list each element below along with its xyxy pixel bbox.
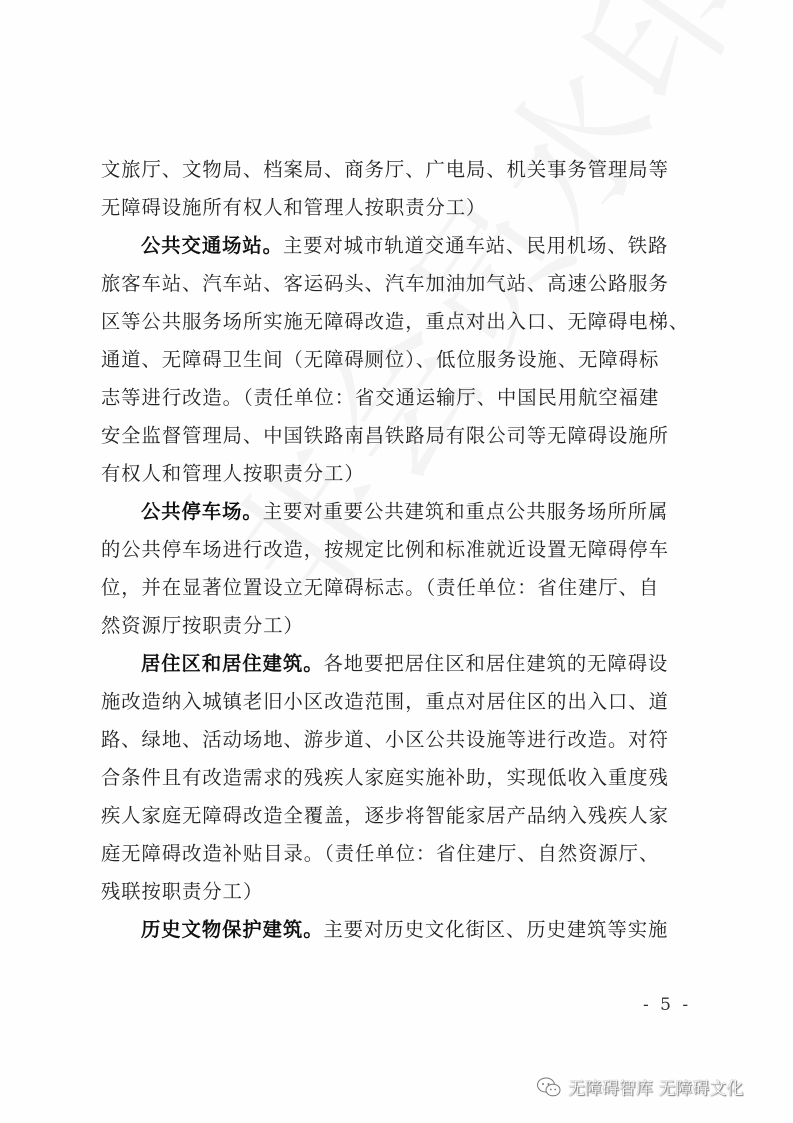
line-text: 区等公共服务场所实施无障碍改造，重点对出入口、无障碍电梯、 (101, 310, 689, 333)
line-text: 通道、无障碍卫生间（无障碍厕位）、低位服务设施、无障碍标 (101, 348, 659, 371)
text-line: 疾人家庭无障碍改造全覆盖，逐步将智能家居产品纳入残疾人家 (101, 797, 701, 835)
text-line: 庭无障碍改造补贴目录。（责任单位：省住建厅、自然资源厅、 (101, 835, 701, 873)
text-line: 有权人和管理人按职责分工） (101, 455, 701, 493)
section-title-residential: 居住区和居住建筑。 (141, 652, 324, 675)
text-line: 路、绿地、活动场地、游步道、小区公共设施等进行改造。对符 (101, 721, 701, 759)
text-line: 文旅厅、文物局、档案局、商务厅、广电局、机关事务管理局等 (101, 151, 701, 189)
line-text: 主要对城市轨道交通车站、民用机场、铁路 (283, 234, 668, 257)
line-text: 无障碍设施所有权人和管理人按职责分工） (101, 196, 486, 219)
line-text: 志等进行改造。（责任单位：省交通运输厅、中国民用航空福建 (101, 386, 659, 409)
line-text: 路、绿地、活动场地、游步道、小区公共设施等进行改造。对符 (101, 728, 669, 751)
text-line: 安全监督管理局、中国铁路南昌铁路局有限公司等无障碍设施所 (101, 417, 701, 455)
document-page: 非会员水印 文旅厅、文物局、档案局、商务厅、广电局、机关事务管理局等 无障碍设施… (0, 0, 793, 1123)
section-title-public-parking: 公共停车场。 (141, 500, 263, 523)
footer-brand-text: 无障碍智库 无障碍文化 (568, 1074, 743, 1099)
section-heading-line: 居住区和居住建筑。各地要把居住区和居住建筑的无障碍设 (101, 645, 701, 683)
section-heading-line: 历史文物保护建筑。主要对历史文化街区、历史建筑等实施 (101, 911, 701, 949)
line-text: 主要对历史文化街区、历史建筑等实施 (324, 918, 669, 941)
text-line: 通道、无障碍卫生间（无障碍厕位）、低位服务设施、无障碍标 (101, 341, 701, 379)
line-text: 各地要把居住区和居住建筑的无障碍设 (324, 652, 669, 675)
line-text: 位，并在显著位置设立无障碍标志。（责任单位：省住建厅、自 (101, 576, 659, 599)
text-line: 施改造纳入城镇老旧小区改造范围，重点对居住区的出入口、道 (101, 683, 701, 721)
line-text: 安全监督管理局、中国铁路南昌铁路局有限公司等无障碍设施所 (101, 424, 669, 447)
text-line: 然资源厅按职责分工） (101, 607, 701, 645)
wechat-icon (536, 1076, 562, 1098)
text-line: 合条件且有改造需求的残疾人家庭实施补助，实现低收入重度残 (101, 759, 701, 797)
line-text: 旅客车站、汽车站、客运码头、汽车加油加气站、高速公路服务 (101, 272, 669, 295)
line-text: 庭无障碍改造补贴目录。（责任单位：省住建厅、自然资源厅、 (101, 842, 659, 865)
line-text: 的公共停车场进行改造，按规定比例和标准就近设置无障碍停车 (101, 538, 669, 561)
text-line: 残联按职责分工） (101, 873, 701, 911)
line-text: 残联按职责分工） (101, 880, 263, 903)
line-text: 有权人和管理人按职责分工） (101, 462, 365, 485)
line-text: 合条件且有改造需求的残疾人家庭实施补助，实现低收入重度残 (101, 766, 669, 789)
text-line: 位，并在显著位置设立无障碍标志。（责任单位：省住建厅、自 (101, 569, 701, 607)
page-number: - 5 - (643, 995, 691, 1015)
line-text: 疾人家庭无障碍改造全覆盖，逐步将智能家居产品纳入残疾人家 (101, 804, 669, 827)
section-heading-line: 公共交通场站。主要对城市轨道交通车站、民用机场、铁路 (101, 227, 701, 265)
footer-source-brand: 无障碍智库 无障碍文化 (536, 1074, 743, 1099)
text-line: 旅客车站、汽车站、客运码头、汽车加油加气站、高速公路服务 (101, 265, 701, 303)
text-line: 区等公共服务场所实施无障碍改造，重点对出入口、无障碍电梯、 (101, 303, 701, 341)
line-text: 文旅厅、文物局、档案局、商务厅、广电局、机关事务管理局等 (101, 158, 669, 181)
section-title-historic-buildings: 历史文物保护建筑。 (141, 918, 324, 941)
line-text: 施改造纳入城镇老旧小区改造范围，重点对居住区的出入口、道 (101, 690, 669, 713)
line-text: 然资源厅按职责分工） (101, 614, 304, 637)
text-line: 无障碍设施所有权人和管理人按职责分工） (101, 189, 701, 227)
section-title-public-transport: 公共交通场站。 (141, 234, 283, 257)
document-body: 文旅厅、文物局、档案局、商务厅、广电局、机关事务管理局等 无障碍设施所有权人和管… (101, 151, 701, 949)
line-text: 主要对重要公共建筑和重点公共服务场所所属 (263, 500, 669, 523)
text-line: 的公共停车场进行改造，按规定比例和标准就近设置无障碍停车 (101, 531, 701, 569)
section-heading-line: 公共停车场。主要对重要公共建筑和重点公共服务场所所属 (101, 493, 701, 531)
text-line: 志等进行改造。（责任单位：省交通运输厅、中国民用航空福建 (101, 379, 701, 417)
